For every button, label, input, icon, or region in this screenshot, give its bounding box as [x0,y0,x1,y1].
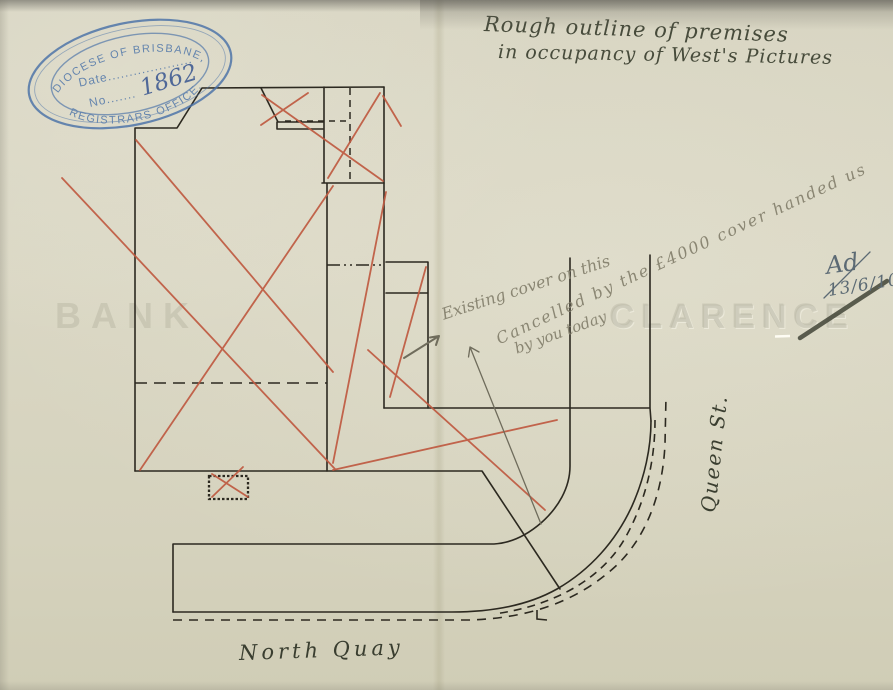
site-plan-drawing: DIOCESE OF BRISBANE, REGISTRARS OFFICE. … [0,0,893,690]
hatched-box [209,476,248,499]
long-arrow [469,347,542,524]
short-arrow [404,336,439,358]
red-line [62,178,335,469]
bottom-boundary [135,471,560,589]
red-line [136,140,333,372]
outer-kerb-curve [173,421,651,612]
red-line [368,350,545,510]
mid-street-dashed [494,420,655,614]
red-line [390,267,426,397]
red-line [333,420,557,470]
stamp-no-line: No....... [88,86,138,110]
red-line [333,192,386,463]
street-dashed-lines [173,396,666,620]
kerb-tick-mark [537,610,547,620]
note-arrows [404,336,541,524]
scan-edge-bottom [0,681,893,690]
red-line [383,96,401,126]
red-line [262,95,383,181]
queen-frontage-kerb [173,258,570,612]
scan-edge-left [0,0,9,690]
building-outline [135,87,651,612]
white-out-dash [775,335,790,338]
red-line [261,93,308,125]
red-line [140,186,333,470]
roof-notch [261,88,323,129]
outer-street-dashed [173,396,666,620]
sign-off-initials: Ad [824,248,860,280]
partition-dashed-lines [135,88,384,383]
left-building [135,87,384,471]
red-line [328,93,380,178]
scanned-plan-document: BANK CLARENCE [0,0,893,690]
registrar-stamp: DIOCESE OF BRISBANE, REGISTRARS OFFICE. … [19,3,242,146]
scan-edge-top-right [420,0,893,30]
